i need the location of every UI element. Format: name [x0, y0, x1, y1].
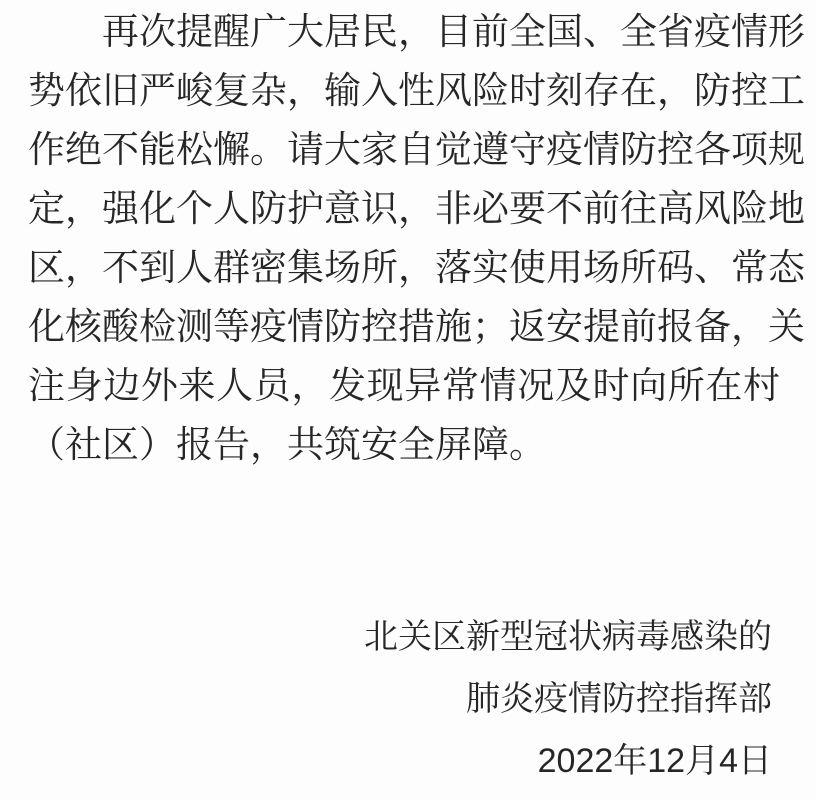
- notice-body-line-2: 势依旧严峻复杂，输入性风险时刻存在，防控工: [28, 61, 780, 120]
- signature-date: 2022年12月4日: [28, 730, 772, 792]
- notice-body-line-6: 化核酸检测等疫情防控措施；返安提前报备，关: [28, 297, 780, 356]
- notice-page: 再次提醒广大居民，目前全国、全省疫情形 势依旧严峻复杂，输入性风险时刻存在，防控…: [0, 0, 816, 800]
- notice-body-line-4: 定，强化个人防护意识，非必要不前往高风险地: [28, 179, 780, 238]
- notice-body-line-7: 注身边外来人员，发现异常情况及时向所在村: [28, 356, 780, 415]
- notice-body-line-3: 作绝不能松懈。请大家自觉遵守疫情防控各项规: [28, 120, 780, 179]
- notice-body-line-8: （社区）报告，共筑安全屏障。: [28, 415, 780, 474]
- notice-body-line-1: 再次提醒广大居民，目前全国、全省疫情形: [28, 2, 780, 61]
- notice-body-line-5: 区，不到人群密集场所，落实使用场所码、常态: [28, 238, 780, 297]
- signature-org-line-1: 北关区新型冠状病毒感染的: [28, 606, 772, 668]
- signature-block: 北关区新型冠状病毒感染的 肺炎疫情防控指挥部 2022年12月4日: [28, 606, 780, 792]
- notice-body: 再次提醒广大居民，目前全国、全省疫情形 势依旧严峻复杂，输入性风险时刻存在，防控…: [28, 2, 780, 474]
- signature-org-line-2: 肺炎疫情防控指挥部: [28, 668, 772, 730]
